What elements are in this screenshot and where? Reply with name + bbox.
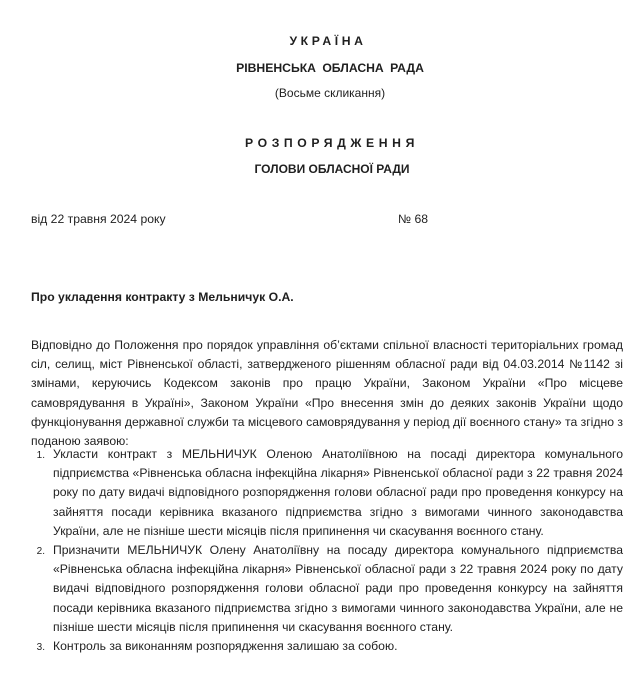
list-item-number: 2. bbox=[37, 542, 45, 561]
list-item: 1. Укласти контракт з МЕЛЬНИЧУК Оленою А… bbox=[53, 445, 623, 541]
document-number: № 68 bbox=[398, 212, 428, 226]
preamble-paragraph: Відповідно до Положення про порядок упра… bbox=[31, 336, 623, 451]
council-heading: РІВНЕНСЬКА ОБЛАСНА РАДА bbox=[0, 61, 640, 75]
list-item: 2. Призначити МЕЛЬНИЧУК Олену Анатоліївн… bbox=[53, 541, 623, 637]
list-item-number: 3. bbox=[37, 638, 45, 657]
document-type-title: РОЗПОРЯДЖЕННЯ bbox=[0, 136, 640, 150]
list-item-text: Призначити МЕЛЬНИЧУК Олену Анатоліївну н… bbox=[53, 543, 623, 634]
list-item-text: Укласти контракт з МЕЛЬНИЧУК Оленою Анат… bbox=[53, 447, 623, 538]
list-item-number: 1. bbox=[37, 446, 45, 465]
convocation-label: (Восьме скликання) bbox=[0, 86, 640, 100]
list-item-text: Контроль за виконанням розпорядження зал… bbox=[53, 639, 397, 653]
document-subject: Про укладення контракту з Мельничук О.А. bbox=[31, 290, 294, 304]
document-type-subtitle: ГОЛОВИ ОБЛАСНОЇ РАДИ bbox=[0, 162, 640, 176]
list-item: 3. Контроль за виконанням розпорядження … bbox=[53, 637, 623, 656]
country-heading: УКРАЇНА bbox=[0, 34, 640, 48]
order-items-list: 1. Укласти контракт з МЕЛЬНИЧУК Оленою А… bbox=[53, 445, 623, 656]
document-date: від 22 травня 2024 року bbox=[31, 212, 166, 226]
